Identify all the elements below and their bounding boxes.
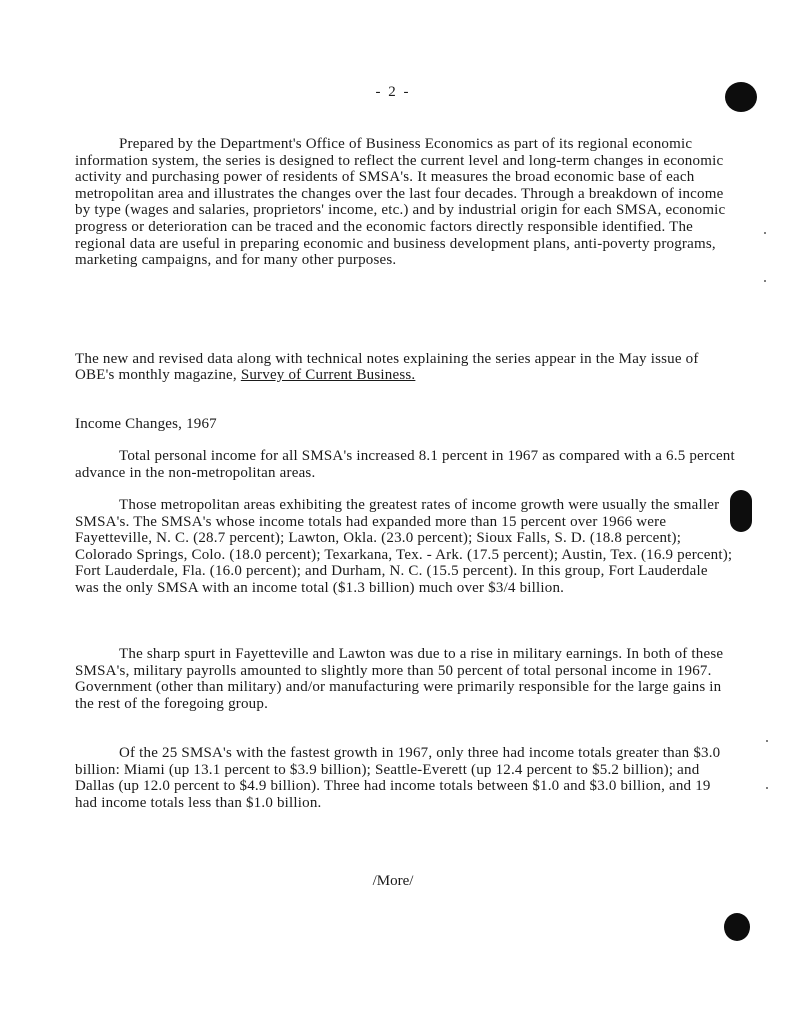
page-number: - 2 - bbox=[0, 84, 786, 101]
scan-speck bbox=[766, 740, 768, 742]
paragraph-growth-areas: Those metropolitan areas exhibiting the … bbox=[75, 497, 735, 597]
paragraph-fastest-growth: Of the 25 SMSA's with the fastest growth… bbox=[75, 745, 735, 811]
scan-speck bbox=[766, 787, 768, 789]
paragraph-purpose: Prepared by the Department's Office of B… bbox=[75, 136, 735, 269]
scan-speck bbox=[764, 280, 766, 282]
section-heading: Income Changes, 1967 bbox=[75, 416, 735, 433]
survey-of-current-business-title: Survey of Current Business. bbox=[241, 367, 416, 383]
paragraph-total-income: Total personal income for all SMSA's inc… bbox=[75, 448, 735, 481]
paragraph-military-earnings: The sharp spurt in Fayetteville and Lawt… bbox=[75, 646, 735, 712]
scan-speck bbox=[764, 232, 766, 234]
punch-hole-bottom bbox=[724, 913, 750, 941]
continuation-marker: /More/ bbox=[0, 873, 786, 890]
paragraph-publication: The new and revised data along with tech… bbox=[75, 334, 735, 384]
punch-hole-top bbox=[725, 82, 757, 112]
